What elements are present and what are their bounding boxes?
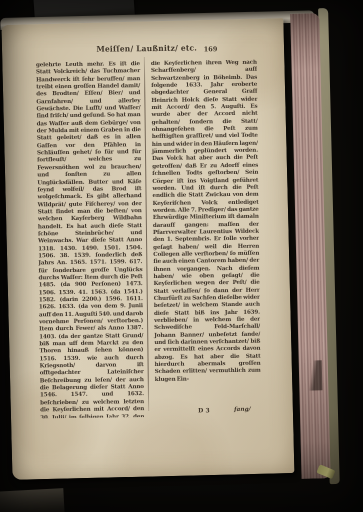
catchword: fang/ (234, 407, 251, 413)
signature-mark: D 3 (198, 407, 210, 414)
fore-edge-notch (304, 360, 323, 390)
header-row: Meiſſen/ Laußnitz/ etc. 169 (36, 43, 258, 58)
page-number: 169 (204, 45, 218, 53)
bottom-board-edge (0, 488, 65, 512)
running-header: Meiſſen/ Laußnitz/ etc. (36, 42, 258, 54)
text-column-right: die Keyſerlichen ihren Weg nach Scharffe… (145, 60, 261, 417)
text-columns: gelehrte Leuth mehr. Es iſt die Statt Vo… (36, 60, 262, 419)
page-text-block: Meiſſen/ Laußnitz/ etc. 169 gelehrte Leu… (36, 43, 263, 426)
book-photograph: Meiſſen/ Laußnitz/ etc. 169 gelehrte Leu… (0, 0, 363, 512)
text-column-left: gelehrte Leuth mehr. Es iſt die Statt Vo… (36, 61, 149, 418)
